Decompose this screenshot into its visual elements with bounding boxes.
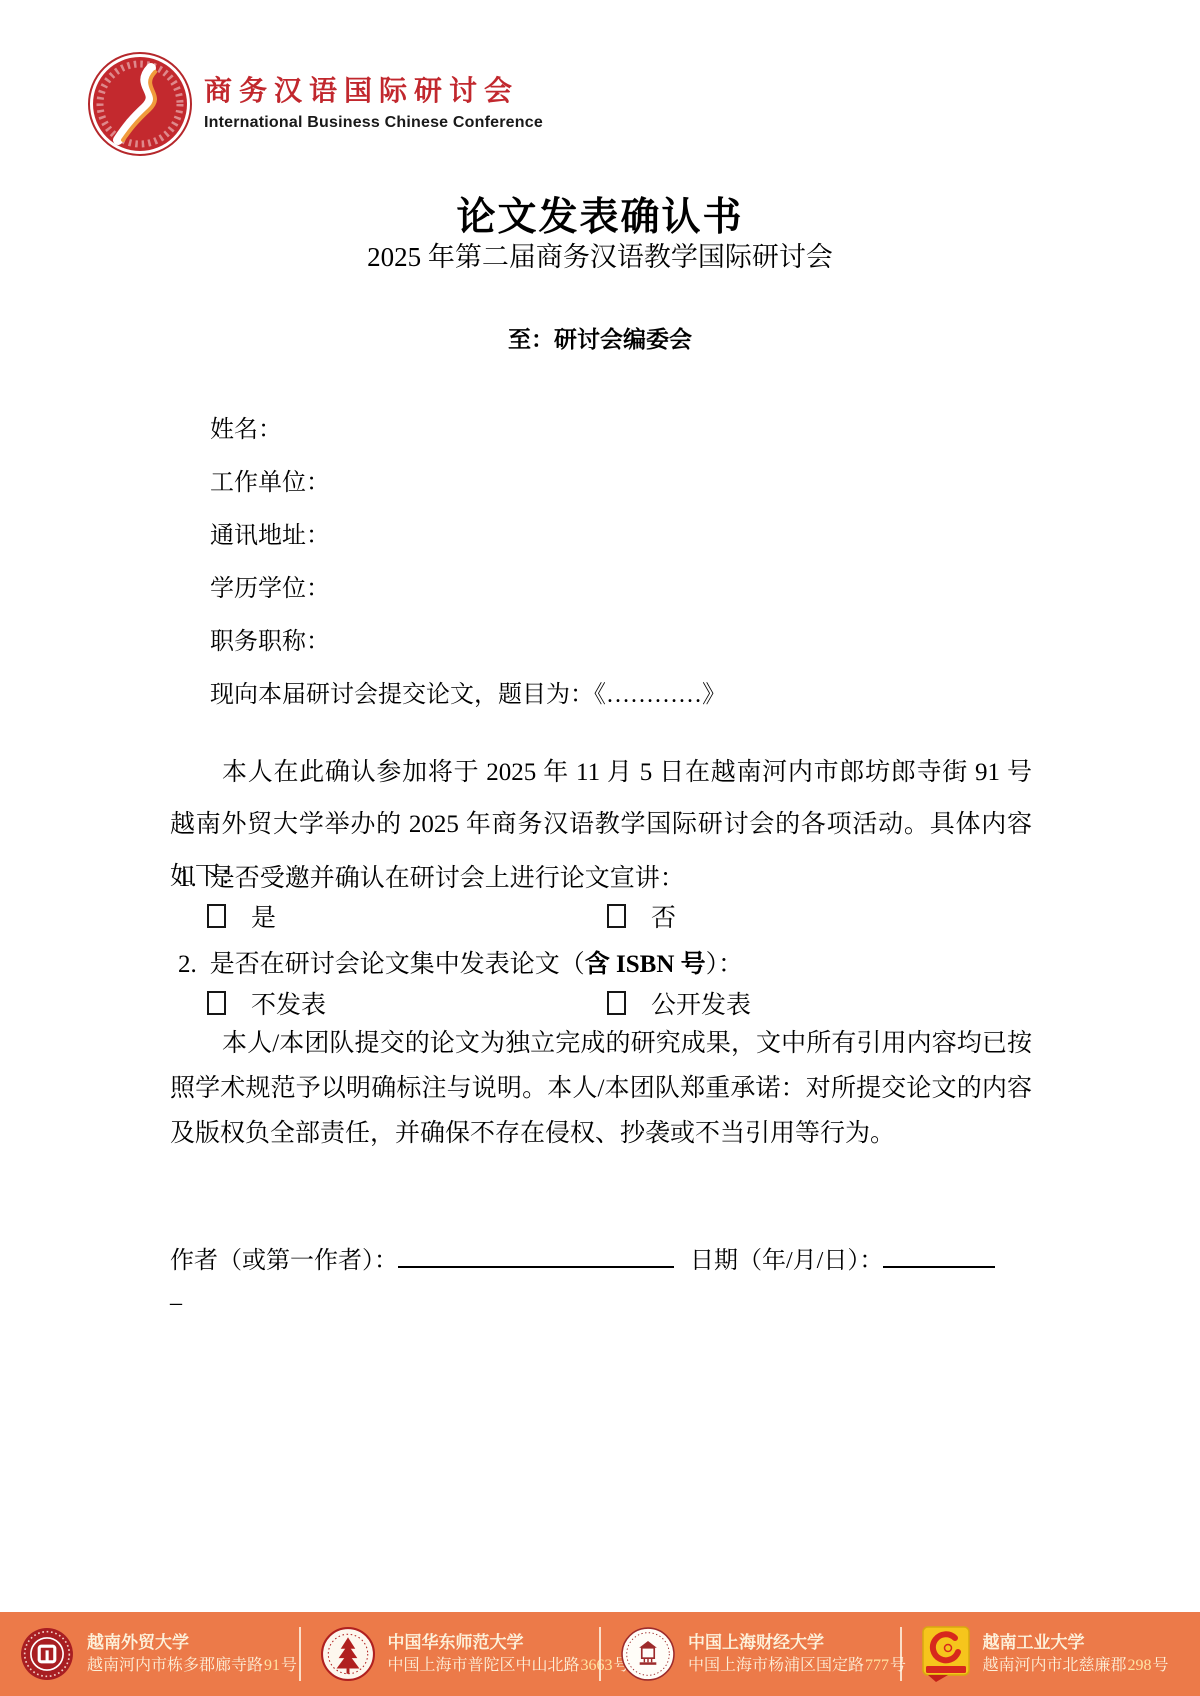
date-label: 日期（年/月/日）： (690, 1248, 883, 1274)
option-open-publish: 公开发表 (607, 985, 751, 1021)
ecnu-address: 中国上海市普陀区中山北路3663号 (388, 1654, 630, 1677)
ftu-seal-icon (20, 1627, 74, 1681)
no-publish-label: 不发表 (251, 985, 326, 1021)
question-1-text: 是否受邀并确认在研讨会上进行论文宣讲： (210, 865, 685, 892)
sufe-name: 中国上海财经大学 (688, 1631, 906, 1654)
presentation-options: 是 否 (0, 898, 1200, 932)
position-input-area[interactable] (340, 624, 670, 654)
author-signature-line[interactable] (398, 1242, 674, 1268)
footer-university-ecnu: 中国华东师范大学 中国上海市普陀区中山北路3663号 (301, 1627, 600, 1681)
question-1-number: 1. (178, 865, 197, 893)
footer-text-haui: 越南工业大学 越南河内市北慈廉郡298号 (983, 1631, 1169, 1677)
footer-text-sufe: 中国上海财经大学 中国上海市杨浦区国定路777号 (688, 1631, 906, 1677)
brand-subtitle: International Business Chinese Conferenc… (204, 114, 543, 132)
name-input-area[interactable] (292, 412, 622, 442)
signature-line-overflow: _ (170, 1282, 182, 1309)
checkbox-present-yes[interactable] (207, 904, 226, 928)
sufe-seal-icon (621, 1627, 675, 1681)
haui-name: 越南工业大学 (983, 1631, 1169, 1654)
question-2-text-post: ）： (706, 951, 744, 978)
brand-text: 商务汉语国际研讨会 International Business Chinese… (204, 76, 543, 131)
option-no-publish: 不发表 (207, 985, 326, 1021)
document-page: 商务汉语国际研讨会 International Business Chinese… (0, 0, 1200, 1696)
footer-cohost-bar: 越南外贸大学 越南河内市栋多郡廊寺路91号 中国华东师范大学 中国上海市 (0, 1612, 1200, 1696)
field-line-address: 通讯地址： (210, 506, 670, 559)
publication-options: 不发表 公开发表 (0, 985, 1200, 1019)
degree-label: 学历学位： (210, 568, 330, 603)
footer-university-haui: 越南工业大学 越南河内市北慈廉郡298号 (902, 1626, 1200, 1682)
question-2-text-bold: 含 ISBN 号 (585, 951, 706, 978)
checkbox-present-no[interactable] (607, 904, 626, 928)
address-label: 通讯地址： (210, 515, 330, 550)
footer-text-ftu: 越南外贸大学 越南河内市栋多郡廊寺路91号 (87, 1631, 297, 1677)
brand-title: 商务汉语国际研讨会 (204, 76, 543, 108)
question-presentation: 1.是否受邀并确认在研讨会上进行论文宣讲： (178, 858, 685, 894)
checkbox-no-publish[interactable] (207, 991, 226, 1015)
ecnu-seal-icon (321, 1627, 375, 1681)
question-2-text-pre: 是否在研讨会论文集中发表论文（ (210, 951, 585, 978)
degree-input-area[interactable] (340, 571, 670, 601)
present-no-label: 否 (651, 898, 676, 934)
question-publication: 2.是否在研讨会论文集中发表论文（含 ISBN 号）： (178, 944, 743, 980)
haui-badge-icon (922, 1626, 970, 1682)
date-signature-line[interactable] (883, 1242, 995, 1268)
footer-university-ftu: 越南外贸大学 越南河内市栋多郡廊寺路91号 (0, 1627, 299, 1681)
haui-address: 越南河内市北慈廉郡298号 (983, 1654, 1169, 1677)
declaration-paragraph: 本人/本团队提交的论文为独立完成的研究成果，文中所有引用内容均已按照学术规范予以… (170, 1021, 1032, 1156)
sufe-address: 中国上海市杨浦区国定路777号 (688, 1654, 906, 1677)
conference-seal-icon (88, 52, 192, 156)
footer-university-sufe: 中国上海财经大学 中国上海市杨浦区国定路777号 (601, 1627, 900, 1681)
ftu-address: 越南河内市栋多郡廊寺路91号 (87, 1654, 297, 1677)
author-label: 作者（或第一作者）： (170, 1248, 398, 1274)
option-present-yes: 是 (207, 898, 276, 934)
field-line-name: 姓名： (210, 400, 670, 453)
present-yes-label: 是 (251, 898, 276, 934)
name-label: 姓名： (210, 409, 282, 444)
signature-row: 作者（或第一作者）：日期（年/月/日）： (170, 1240, 995, 1275)
field-line-position: 职务职称： (210, 612, 670, 665)
ecnu-name: 中国华东师范大学 (388, 1631, 630, 1654)
document-title: 论文发表确认书 (0, 186, 1200, 242)
affiliation-label: 工作单位： (210, 462, 330, 497)
position-label: 职务职称： (210, 621, 330, 656)
checkbox-open-publish[interactable] (607, 991, 626, 1015)
conference-brand: 商务汉语国际研讨会 International Business Chinese… (88, 52, 543, 156)
addressee-line: 至：研讨会编委会 (0, 321, 1200, 354)
ftu-name: 越南外贸大学 (87, 1631, 297, 1654)
submission-title-line: 现向本届研讨会提交论文，题目为：《…………》 (210, 665, 726, 718)
field-line-degree: 学历学位： (210, 559, 670, 612)
option-present-no: 否 (607, 898, 676, 934)
conference-name: 2025 年第二届商务汉语教学国际研讨会 (0, 235, 1200, 274)
field-line-affiliation: 工作单位： (210, 453, 670, 506)
footer-text-ecnu: 中国华东师范大学 中国上海市普陀区中山北路3663号 (388, 1631, 630, 1677)
address-input-area[interactable] (340, 518, 670, 548)
open-publish-label: 公开发表 (651, 985, 751, 1021)
question-2-number: 2. (178, 951, 197, 979)
affiliation-input-area[interactable] (340, 465, 670, 495)
form-fields: 姓名： 工作单位： 通讯地址： 学历学位： 职务职称： (210, 400, 670, 665)
